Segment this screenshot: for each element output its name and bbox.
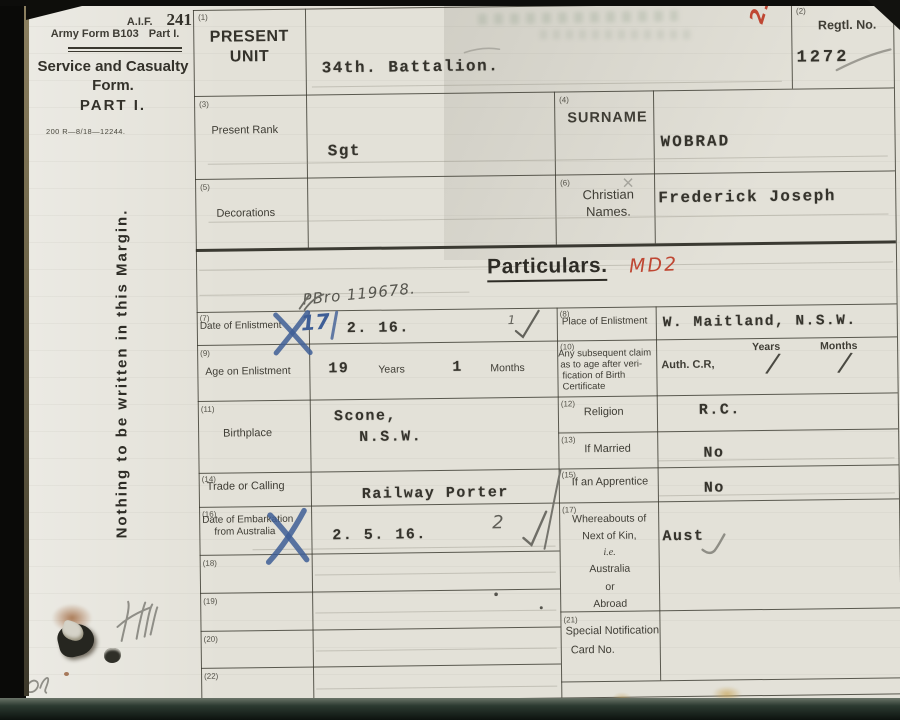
pencil-tick	[702, 535, 724, 553]
paper-stain-dot	[64, 672, 69, 676]
entry-rule	[315, 610, 556, 614]
birthplace-label: Birthplace	[223, 427, 272, 440]
if-apprentice-label: If an Apprentice	[572, 475, 649, 488]
place-of-enlistment-label: Place of Enlistment	[562, 315, 648, 327]
regtl-no-label: Regtl. No.	[806, 17, 888, 32]
file-reference-pencil: PBro 119678.	[302, 279, 417, 308]
box-number: (22)	[204, 672, 218, 681]
christian-names-value: Frederick Joseph	[658, 187, 836, 207]
box-number: (1)	[198, 13, 208, 22]
pencil-tick	[523, 512, 546, 545]
next-of-kin-label-line: Australia	[562, 562, 658, 575]
grid-line	[201, 664, 561, 670]
present-unit-value: 34th. Battalion.	[322, 57, 500, 77]
special-notification-label-line: Card No.	[571, 644, 615, 657]
present-rank-value: Sgt	[328, 142, 362, 160]
md-code-annotation: MD2	[629, 253, 679, 277]
trade-or-calling-value: Railway Porter	[362, 484, 509, 503]
regtl-no-value: 1272	[796, 48, 849, 68]
box-number: (2)	[796, 6, 806, 15]
claim-years-slash: /	[766, 348, 779, 379]
embarkation-label-line: Date of Embarkation	[202, 514, 293, 526]
pencil-check-number: 1	[508, 313, 516, 327]
box-number: (5)	[200, 183, 210, 192]
age-years-value: 19	[328, 360, 349, 377]
scanned-document: A.I.F. 241 Army Form B103 Part I. Servic…	[0, 0, 900, 720]
next-of-kin-label-line: Whereabouts of	[561, 512, 657, 525]
claim-months-slash: /	[838, 348, 851, 379]
present-rank-label: Present Rank	[211, 124, 278, 137]
blue-stroke	[332, 312, 337, 338]
special-notification-label-line: Special Notification	[565, 624, 659, 637]
entry-rule	[659, 492, 895, 496]
grid-line	[200, 589, 560, 595]
date-overwrite-ink: 17	[300, 309, 331, 335]
next-of-kin-value: Aust	[662, 528, 704, 546]
auth-cr-label: Auth. C.R,	[661, 359, 714, 372]
grid-line	[197, 336, 897, 346]
age-claim-label-line: Certificate	[563, 381, 606, 393]
entry-rule	[253, 546, 556, 551]
pencil-initials-scribble	[117, 601, 157, 640]
pencil-check-number: 2	[492, 512, 504, 533]
age-on-enlistment-label: Age on Enlistment	[205, 365, 290, 378]
age-years-label: Years	[378, 363, 405, 375]
grid-line	[791, 3, 793, 89]
grid-line	[196, 240, 896, 251]
age-claim-label-line: fication of Birth	[562, 370, 625, 382]
box-number: (3)	[199, 100, 209, 109]
if-married-value: No	[703, 445, 724, 462]
surname-value: WOBRAD	[660, 132, 730, 151]
grid-line	[554, 92, 557, 245]
box-number: (21)	[563, 615, 577, 624]
embarkation-label-line: from Australia	[214, 526, 275, 538]
surname-label: SURNAME	[567, 109, 648, 126]
photo-edge-bottom	[0, 698, 900, 720]
grid-line	[199, 498, 899, 508]
claim-months-header: Months	[820, 340, 857, 352]
pencil-stroke	[464, 48, 499, 52]
decorations-label: Decorations	[216, 207, 275, 220]
if-married-label: If Married	[584, 443, 631, 456]
grid-line	[195, 170, 895, 180]
box-number: (11)	[201, 405, 215, 414]
grid-line	[198, 392, 898, 402]
next-of-kin-label-line: or	[562, 580, 658, 593]
box-number: (19)	[203, 597, 217, 606]
particulars-heading: Particulars.	[487, 254, 608, 282]
birthplace-value-line: N.S.W.	[359, 428, 422, 446]
age-months-label: Months	[490, 362, 525, 374]
next-of-kin-label-line: Abroad	[562, 597, 658, 610]
entry-rule	[316, 648, 557, 652]
entry-rule	[658, 457, 894, 461]
pencil-tick	[516, 311, 539, 337]
grid-line	[653, 90, 656, 243]
next-of-kin-label-line: Next of Kin,	[561, 529, 657, 542]
date-of-enlistment-label: Date of Enlistment	[200, 320, 282, 332]
birthplace-value-line: Scone,	[334, 408, 397, 426]
photo-edge-left	[0, 0, 26, 720]
ink-dot	[494, 592, 498, 596]
box-number: (20)	[204, 635, 218, 644]
grid-line	[194, 87, 894, 97]
grid-line	[199, 464, 899, 474]
box-number: (4)	[559, 95, 569, 104]
grid-line	[558, 428, 898, 434]
religion-value: R.C.	[699, 401, 741, 419]
age-claim-label-line: as to age after veri-	[560, 359, 642, 371]
form-body: (1) (2) (3) (4) (5) (6) (7) (8) (9) (10)…	[0, 0, 900, 720]
handwritten-marks	[0, 0, 900, 720]
entry-rule	[209, 213, 889, 222]
entry-rule	[316, 686, 557, 690]
religion-label: Religion	[584, 406, 624, 418]
box-number: (12)	[561, 399, 575, 408]
pencil-x-small	[624, 179, 632, 187]
grid-line	[561, 677, 900, 683]
grid-line	[200, 551, 560, 557]
grid-line	[305, 9, 309, 248]
next-of-kin-label-line: i.e.	[562, 546, 658, 558]
box-number: (13)	[561, 435, 575, 444]
entry-rule	[315, 572, 556, 576]
box-number: (18)	[203, 559, 217, 568]
entry-rule	[312, 81, 782, 88]
photo-edge-top	[0, 0, 900, 6]
entry-rule	[208, 155, 888, 164]
present-unit-label: PRESENT UNIT	[201, 27, 297, 68]
age-months-value: 1	[452, 359, 463, 376]
embarkation-date-value: 2. 5. 16.	[332, 526, 427, 544]
if-apprentice-value: No	[704, 480, 725, 497]
trade-or-calling-label: Trade or Calling	[207, 480, 285, 493]
christian-names-label: Christian Names.	[572, 186, 644, 221]
date-of-enlistment-value: 2. 16.	[347, 319, 410, 337]
box-number: (9)	[200, 349, 210, 358]
paper-edge	[24, 6, 29, 696]
place-of-enlistment-value: W. Maitland, N.S.W.	[663, 313, 857, 331]
box-number: (6)	[560, 178, 570, 187]
grid-line	[201, 627, 561, 633]
